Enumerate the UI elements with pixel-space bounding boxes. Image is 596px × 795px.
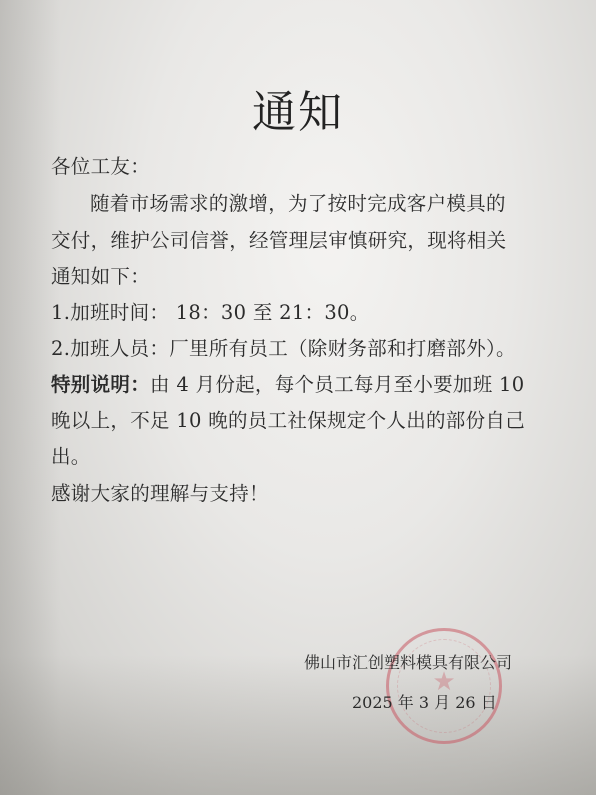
salutation: 各位工友：: [51, 151, 150, 179]
special-note-text-1: 由 4 月份起，每个员工每月至小要加班 10: [150, 373, 524, 396]
paper-shadow-bottom: [0, 655, 596, 795]
signature-date: 2025 年 3 月 26 日: [352, 690, 497, 713]
closing-line: 感谢大家的理解与支持！: [51, 478, 269, 506]
body-line-1: 随着市场需求的激增，为了按时完成客户模具的: [90, 188, 506, 216]
notice-title: 通知: [0, 76, 596, 140]
body-line-3: 通知如下：: [51, 261, 150, 289]
item-overtime-hours: 1.加班时间： 18：30 至 21：30。: [51, 297, 370, 325]
signature-company: 佛山市汇创塑料模具有限公司: [304, 650, 512, 673]
body-line-2: 交付，维护公司信誉，经管理层审慎研究，现将相关: [51, 225, 506, 253]
special-note-line-1: 特别说明：由 4 月份起，每个员工每月至小要加班 10: [51, 369, 524, 397]
special-note-line-2: 晚以上，不足 10 晚的员工社保规定个人出的部份自己: [51, 405, 525, 433]
special-note-line-3: 出。: [51, 441, 91, 469]
special-note-label: 特别说明：: [51, 373, 150, 396]
company-seal: ★: [386, 628, 502, 744]
item-overtime-staff: 2.加班人员：厂里所有员工（除财务部和打磨部外）。: [51, 333, 516, 361]
